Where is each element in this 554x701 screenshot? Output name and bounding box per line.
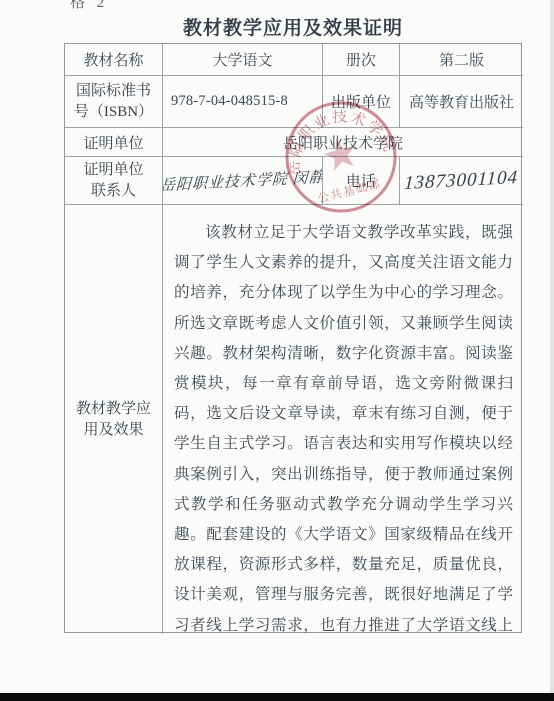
contact-person-signature: 岳阳职业技术学院 闵静: [163, 157, 323, 205]
phone-label: 电话: [323, 157, 400, 205]
certifying-unit-value: 岳阳职业技术学院: [163, 128, 523, 157]
volume-label: 册次: [323, 44, 400, 76]
certifying-unit-label: 证明单位: [65, 128, 163, 157]
effect-section-label-text: 教材教学应用及效果: [74, 399, 154, 441]
contact-person-label: 证明单位联系人: [65, 157, 163, 205]
volume-value: 第二版: [400, 44, 523, 76]
document-title: 教材教学应用及效果证明: [64, 13, 522, 40]
effect-section-label: 教材教学应用及效果: [65, 205, 163, 634]
handwritten-phone-number: 13873001104: [404, 166, 519, 194]
textbook-name-label: 教材名称: [65, 44, 163, 76]
scan-bottom-bar: [0, 693, 554, 701]
publisher-value: 高等教育出版社: [400, 76, 523, 128]
effect-description-cell: 该教材立足于大学语文教学改革实践，既强调了学生人文素养的提升，又高度关注语文能力…: [163, 205, 523, 634]
contact-person-label-text: 证明单位联系人: [82, 160, 146, 202]
handwritten-signature: 岳阳职业技术学院 闵静: [163, 166, 323, 196]
page-corner-label: 格 2: [70, 0, 108, 12]
effect-description-text: 该教材立足于大学语文教学改革实践，既强调了学生人文素养的提升，又高度关注语文能力…: [174, 218, 513, 634]
publisher-label: 出版单位: [323, 76, 400, 128]
isbn-label-text: 国际标准书号（ISBN）: [74, 81, 154, 123]
scan-right-edge: [550, 0, 554, 701]
isbn-label: 国际标准书号（ISBN）: [65, 76, 163, 128]
textbook-name-value: 大学语文: [163, 44, 323, 76]
certificate-table: 教材名称 大学语文 册次 第二版 国际标准书号（ISBN） 978-7-04-0…: [64, 43, 522, 633]
isbn-value: 978-7-04-048515-8: [163, 76, 323, 128]
phone-value: 13873001104: [400, 157, 523, 205]
